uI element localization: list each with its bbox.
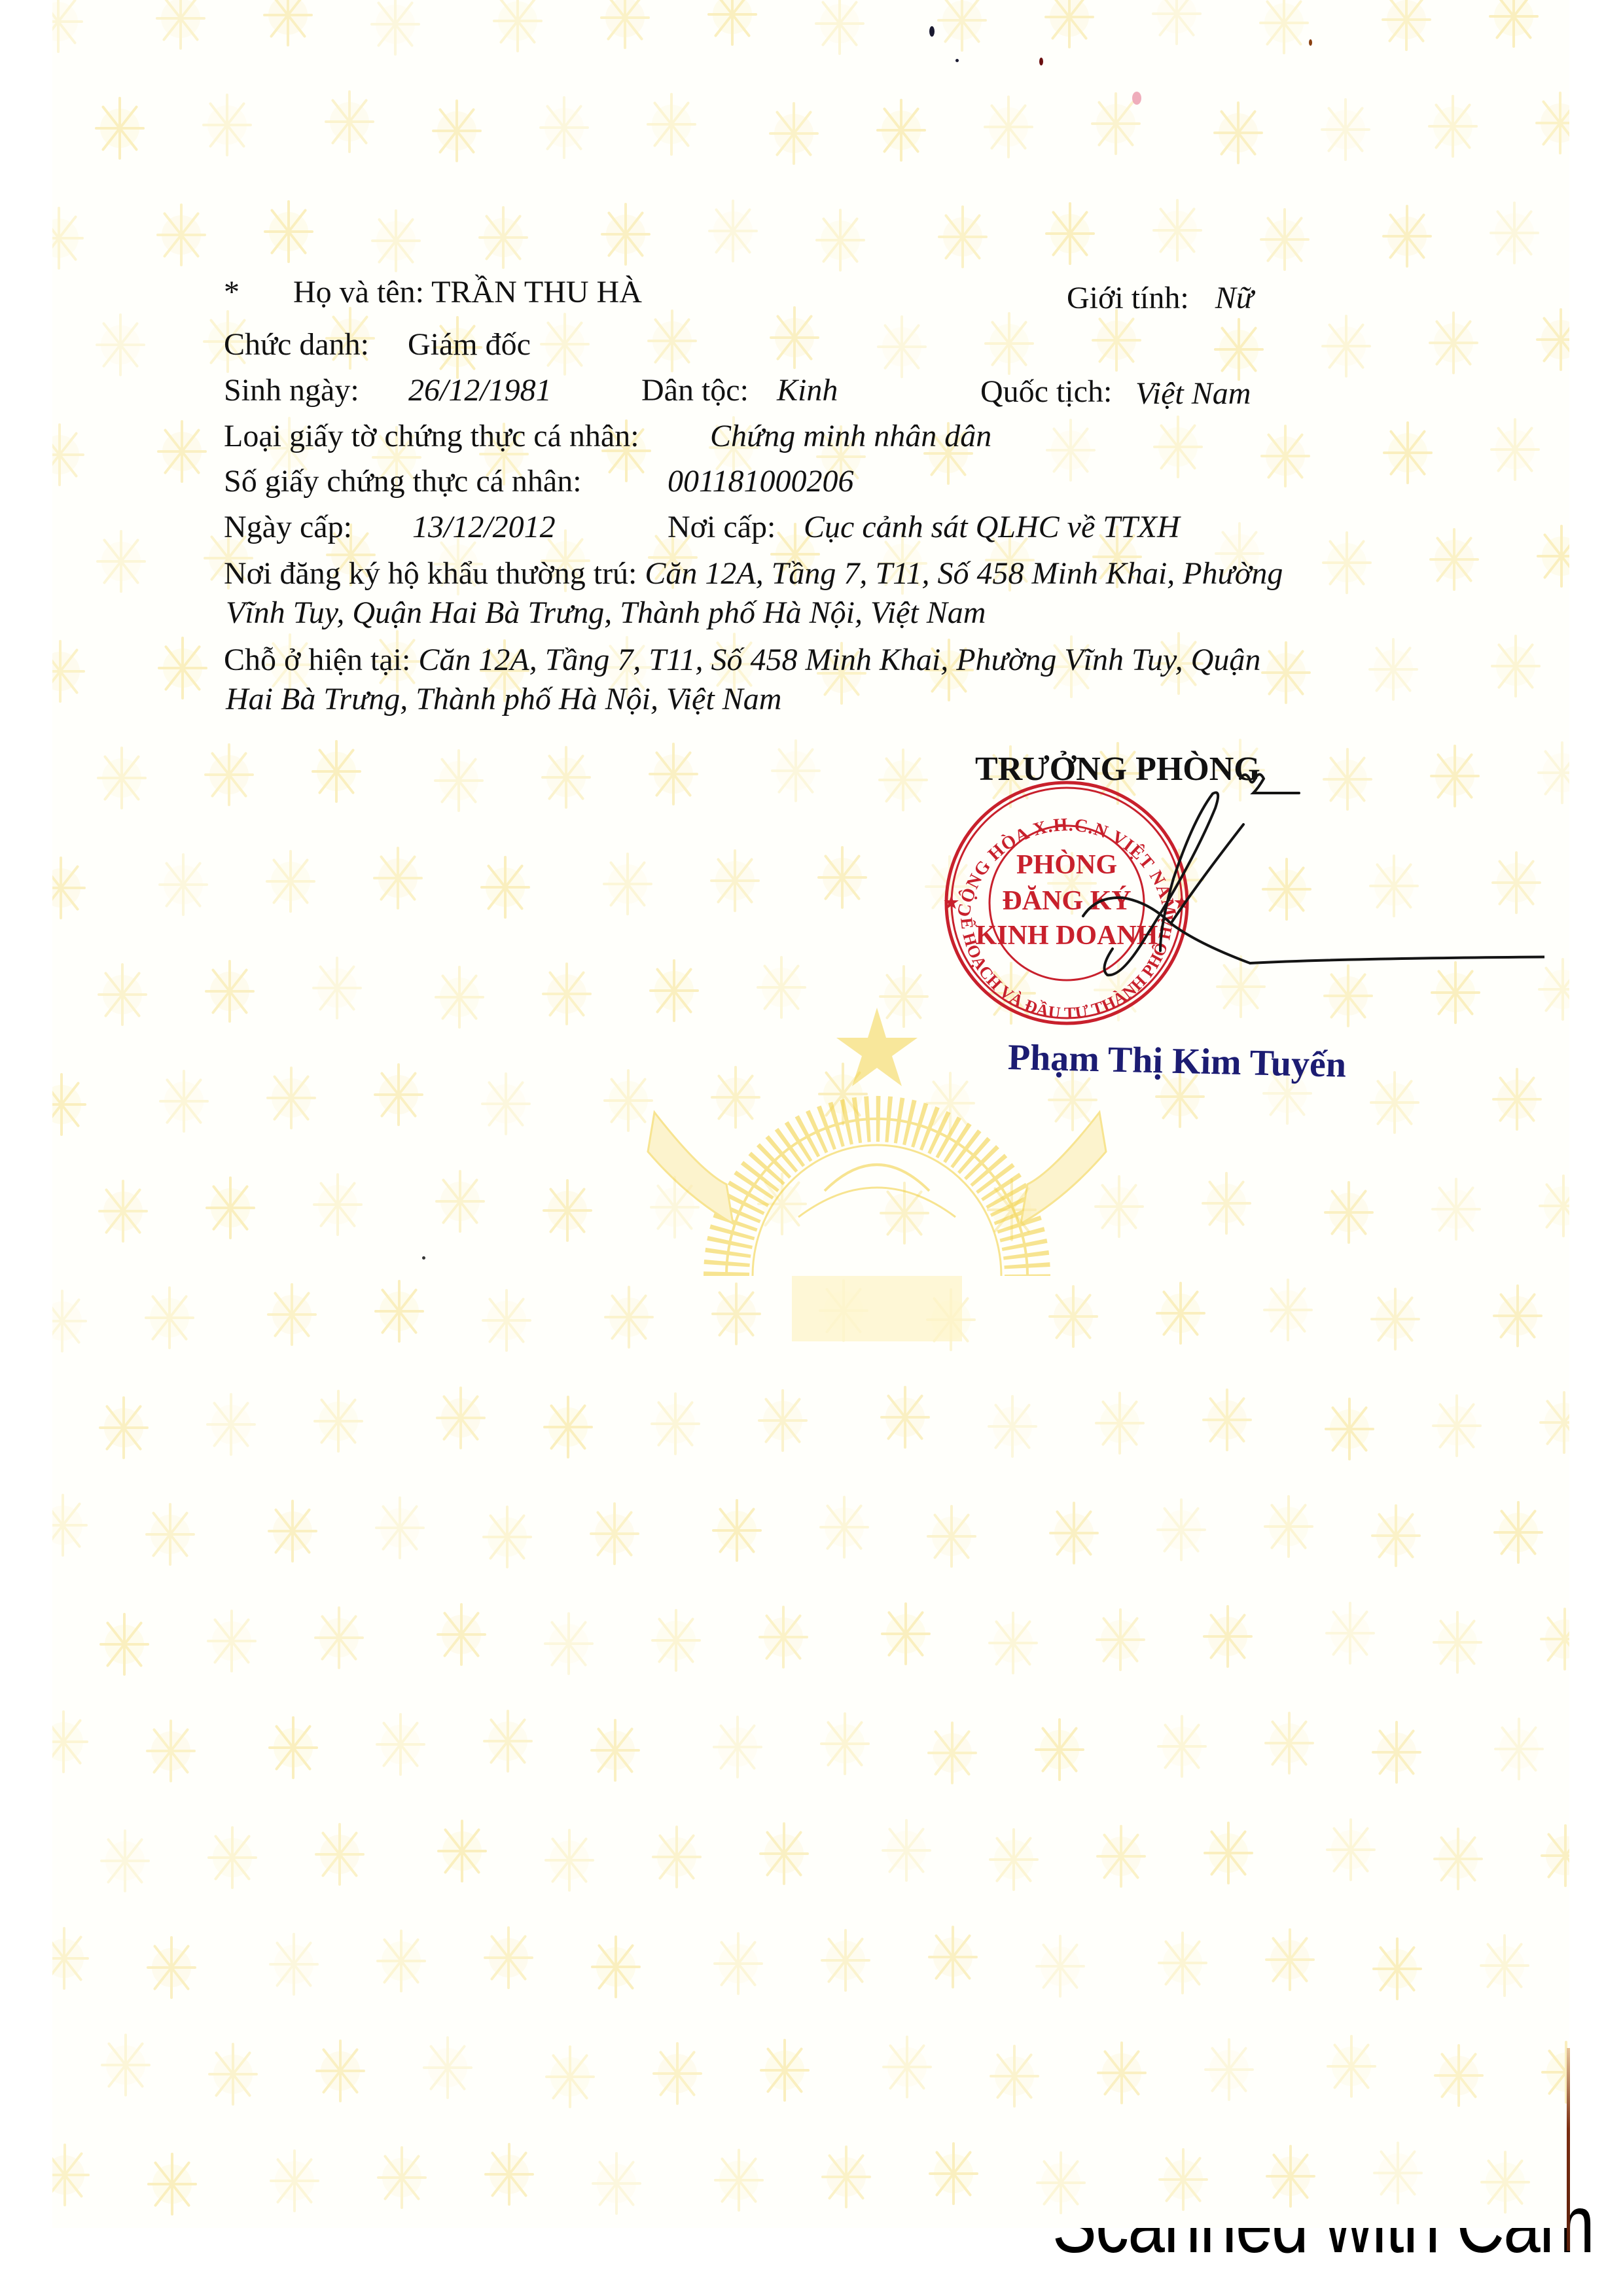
issue-place-value: Cục cảnh sát QLHC về TTXH — [804, 512, 1180, 543]
official-stamp-icon: CỘNG HÒA X.H.C.N VIỆT NAM SỞ KẾ HOẠCH VÀ… — [929, 769, 1204, 1044]
ethnicity-label: Dân tộc: — [641, 375, 749, 406]
issue-date-value: 13/12/2012 — [412, 512, 556, 543]
current-address-label: Chỗ ở hiện tại: — [224, 643, 410, 677]
gender-value: Nữ — [1215, 281, 1253, 315]
scan-speck — [1309, 39, 1312, 46]
scan-speck — [1039, 58, 1043, 65]
permanent-address-value-1: Căn 12A, Tầng 7, T11, Số 458 Minh Khai, … — [645, 556, 1283, 591]
svg-text:★: ★ — [1174, 893, 1190, 912]
ethnicity-value: Kinh — [777, 375, 838, 406]
gender-row: Giới tính: Nữ — [1067, 283, 1253, 314]
gender-label: Giới tính: — [1067, 281, 1189, 315]
issue-date-label: Ngày cấp: — [224, 512, 352, 543]
nationality-value: Việt Nam — [1135, 378, 1251, 410]
id-number-label: Số giấy chứng thực cá nhân: — [224, 466, 582, 497]
bullet: * — [224, 275, 240, 309]
full-name-row: * Họ và tên: TRẦN THU HÀ — [224, 277, 642, 308]
permanent-address-row: Nơi đăng ký hộ khẩu thường trú: Căn 12A,… — [224, 558, 1283, 590]
scan-speck — [955, 59, 959, 62]
birth-date-label: Sinh ngày: — [224, 375, 359, 406]
signer-name: Phạm Thị Kim Tuyến — [1007, 1036, 1346, 1086]
current-address-row: Chỗ ở hiện tại: Căn 12A, Tầng 7, T11, Số… — [224, 645, 1260, 676]
permanent-address-label: Nơi đăng ký hộ khẩu thường trú: — [224, 556, 637, 591]
svg-text:ĐĂNG KÝ: ĐĂNG KÝ — [1002, 885, 1131, 916]
position-value: Giám đốc — [408, 329, 531, 361]
scan-speck — [422, 1256, 425, 1260]
position-label: Chức danh: — [224, 329, 369, 361]
scan-speck — [929, 26, 935, 37]
full-name-value: TRẦN THU HÀ — [431, 275, 642, 309]
nationality-label: Quốc tịch: — [980, 376, 1112, 408]
full-name-label: Họ và tên: — [293, 275, 424, 309]
svg-text:PHÒNG: PHÒNG — [1016, 849, 1117, 880]
id-type-value: Chứng minh nhân dân — [710, 421, 991, 452]
current-address-value-2: Hai Bà Trưng, Thành phố Hà Nội, Việt Nam — [226, 684, 781, 715]
current-address-value-1: Căn 12A, Tầng 7, T11, Số 458 Minh Khai, … — [418, 643, 1260, 677]
page-edge — [1567, 2048, 1570, 2251]
issue-place-label: Nơi cấp: — [668, 512, 776, 543]
birth-date-value: 26/12/1981 — [408, 375, 552, 406]
scan-speck — [1132, 92, 1141, 105]
permanent-address-value-2: Vĩnh Tuy, Quận Hai Bà Trưng, Thành phố H… — [226, 597, 986, 629]
svg-text:KINH DOANH: KINH DOANH — [976, 921, 1158, 951]
id-number-value: 001181000206 — [668, 466, 853, 497]
id-type-label: Loại giấy tờ chứng thực cá nhân: — [224, 421, 639, 452]
svg-text:★: ★ — [944, 893, 959, 912]
